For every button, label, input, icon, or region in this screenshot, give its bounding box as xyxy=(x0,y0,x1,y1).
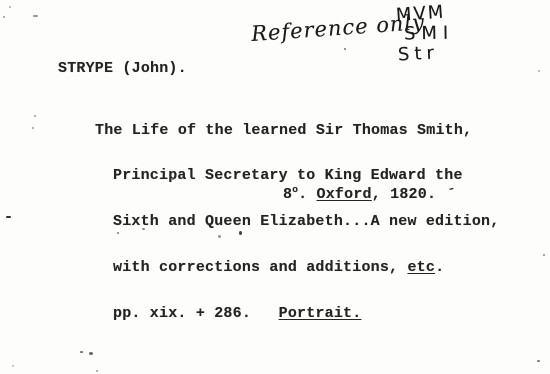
ink-speck xyxy=(538,70,540,72)
title-line-4: with corrections and additions, etc. xyxy=(113,260,499,275)
ink-speck xyxy=(96,370,98,372)
title-line-2: Principal Secretary to King Edward the xyxy=(113,168,499,183)
title-line-3: Sixth and Queen Elizabeth...A new editio… xyxy=(113,214,499,229)
ink-speck xyxy=(117,232,119,234)
shelfmark-line-2: SMI xyxy=(404,24,455,45)
ink-speck xyxy=(34,115,36,117)
entry-body: The Life of the learned Sir Thomas Smith… xyxy=(95,92,499,352)
ink-speck xyxy=(344,48,346,50)
ink-speck xyxy=(537,360,540,362)
ink-speck xyxy=(218,235,221,238)
imprint-separator: . xyxy=(298,186,316,203)
title-line-4-text: with corrections and additions, xyxy=(113,259,407,276)
ink-speck xyxy=(32,127,34,129)
collation-line: pp. xix. + 286. Portrait. xyxy=(113,306,499,321)
ink-speck xyxy=(3,16,5,18)
etc-underlined: etc xyxy=(407,259,435,276)
ink-speck xyxy=(9,6,11,8)
ink-speck xyxy=(172,178,174,180)
ink-speck xyxy=(239,231,242,235)
imprint-place: Oxford xyxy=(317,186,372,203)
collation-text: pp. xix. + 286. xyxy=(113,305,279,322)
title-line-4-period: . xyxy=(435,259,444,276)
handwritten-shelfmark: MVM SMI Str xyxy=(396,4,454,64)
imprint-date: , 1820. xyxy=(372,186,446,203)
library-catalog-card: Reference only MVM SMI Str STRYPE (John)… xyxy=(0,0,550,374)
ink-speck xyxy=(89,352,93,355)
ink-speck xyxy=(80,351,83,353)
format-number: 8 xyxy=(283,186,292,203)
portrait-underlined: Portrait. xyxy=(279,305,362,322)
title-line-1: The Life of the learned Sir Thomas Smith… xyxy=(95,123,499,138)
author-heading: STRYPE (John). xyxy=(58,61,187,76)
ink-speck xyxy=(12,365,14,367)
ink-speck xyxy=(543,254,545,256)
imprint-line: 8o. Oxford, 1820. - xyxy=(283,186,451,202)
shelfmark-line-3: Str xyxy=(398,43,455,66)
ink-speck xyxy=(142,228,145,230)
ink-speck xyxy=(6,216,11,218)
ink-speck xyxy=(33,15,38,17)
